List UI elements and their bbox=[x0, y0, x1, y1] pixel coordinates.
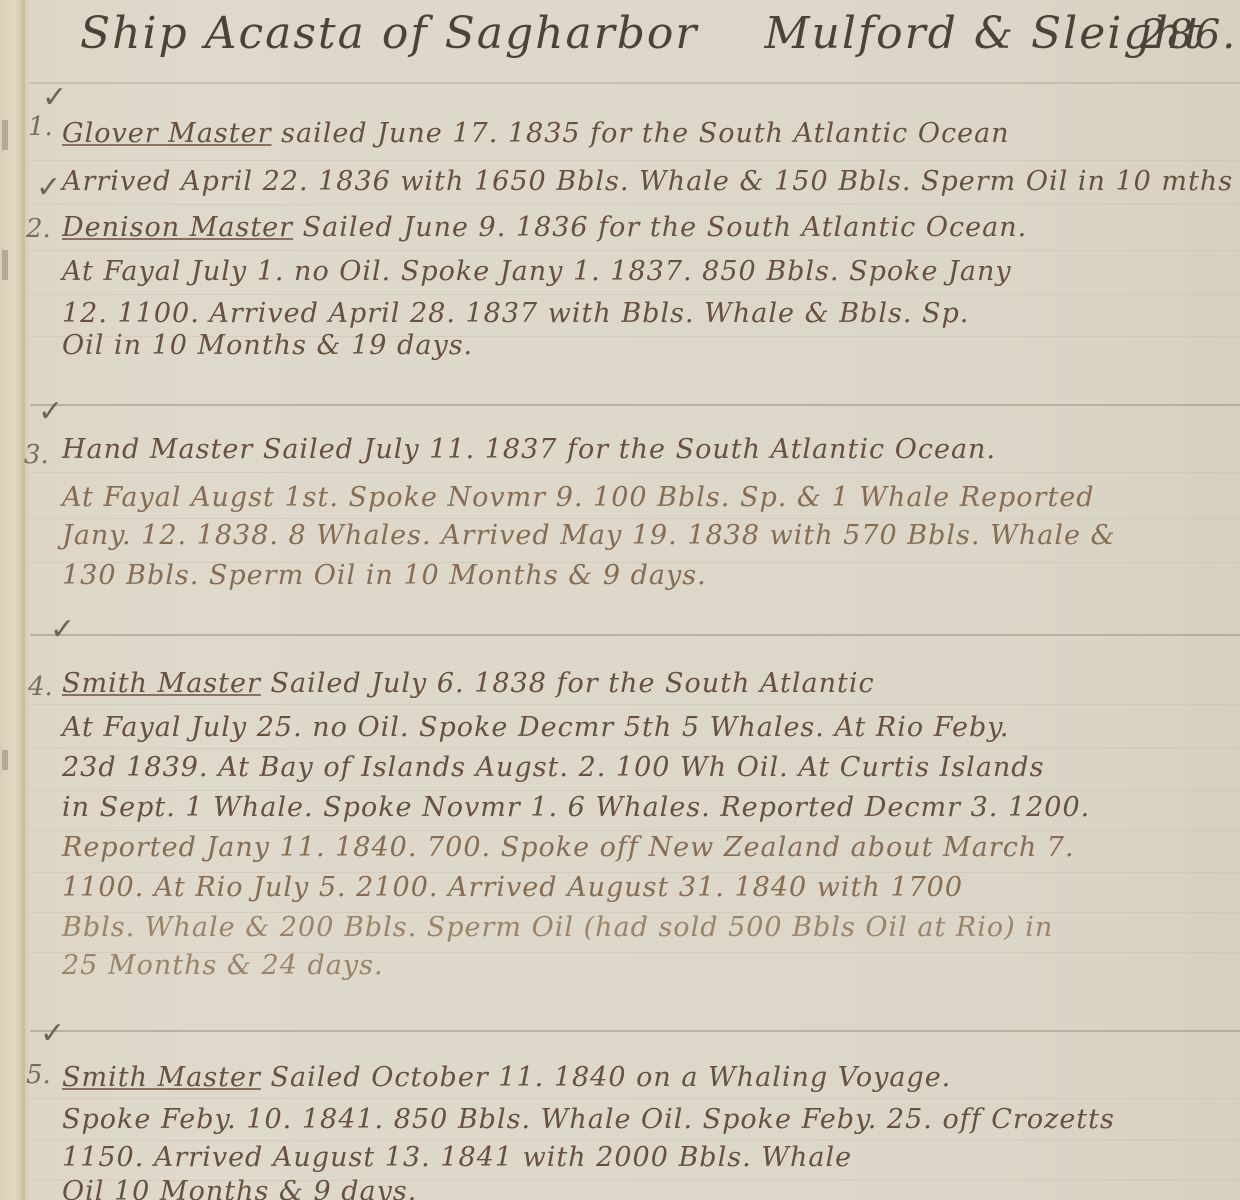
check-mark: ✓ bbox=[38, 394, 63, 429]
check-mark: ✓ bbox=[36, 170, 61, 205]
ruled-line bbox=[30, 748, 1240, 749]
master-name: Denison Master bbox=[62, 212, 293, 243]
ruled-line bbox=[30, 704, 1240, 705]
entry-4-line-4: in Sept. 1 Whale. Spoke Novmr 1. 6 Whale… bbox=[62, 792, 1090, 823]
entry-number: 1. bbox=[28, 112, 53, 142]
entry-3-line-3: Jany. 12. 1838. 8 Whales. Arrived May 19… bbox=[62, 520, 1116, 551]
binding-mark bbox=[2, 120, 8, 150]
ship-name: Ship Acasta of Sagharbor bbox=[80, 8, 698, 59]
entry-1-line-1: Glover Master sailed June 17. 1835 for t… bbox=[62, 118, 1010, 149]
entry-number: 4. bbox=[28, 672, 53, 702]
entry-5-line-4: Oil 10 Months & 9 days. bbox=[62, 1176, 417, 1200]
entry-5-line-3: 1150. Arrived August 13. 1841 with 2000 … bbox=[62, 1142, 852, 1173]
entry-2-line-3: 12. 1100. Arrived April 28. 1837 with Bb… bbox=[62, 298, 969, 329]
master-name: Smith Master bbox=[62, 668, 261, 699]
entry-2-line-4: Oil in 10 Months & 19 days. bbox=[62, 330, 473, 361]
binding-mark bbox=[2, 750, 8, 770]
ruled-line bbox=[30, 160, 1240, 161]
entry-4-line-2: At Fayal July 25. no Oil. Spoke Decmr 5t… bbox=[62, 712, 1010, 743]
entry-4-line-3: 23d 1839. At Bay of Islands Augst. 2. 10… bbox=[62, 752, 1044, 783]
entry-4-line-5: Reported Jany 11. 1840. 700. Spoke off N… bbox=[62, 832, 1075, 863]
ruled-line bbox=[30, 250, 1240, 251]
check-mark: ✓ bbox=[40, 1016, 65, 1051]
entry-4-line-1: Smith Master Sailed July 6. 1838 for the… bbox=[62, 668, 875, 699]
entry-4-line-6: 1100. At Rio July 5. 2100. Arrived Augus… bbox=[62, 872, 963, 903]
entry-3-line-2: At Fayal Augst 1st. Spoke Novmr 9. 100 B… bbox=[62, 482, 1095, 513]
master-name: Hand Master bbox=[62, 434, 253, 465]
ruled-line bbox=[30, 1098, 1240, 1099]
owners: Mulford & Sleight bbox=[764, 8, 1203, 59]
section-rule bbox=[30, 1030, 1240, 1032]
master-name: Glover Master bbox=[62, 118, 272, 149]
binding-mark bbox=[2, 250, 8, 280]
entry-5-line-2: Spoke Feby. 10. 1841. 850 Bbls. Whale Oi… bbox=[62, 1104, 1115, 1135]
ruled-line bbox=[30, 1140, 1240, 1141]
entry-4-line-8: 25 Months & 24 days. bbox=[62, 950, 384, 981]
section-rule bbox=[30, 404, 1240, 406]
section-rule bbox=[30, 634, 1240, 636]
ruled-line bbox=[30, 790, 1240, 791]
entry-4-line-7: Bbls. Whale & 200 Bbls. Sperm Oil (had s… bbox=[62, 912, 1053, 943]
entry-3-line-1: Hand Master Sailed July 11. 1837 for the… bbox=[62, 434, 996, 465]
entry-2-line-1: Denison Master Sailed June 9. 1836 for t… bbox=[62, 212, 1027, 243]
ruled-line bbox=[30, 518, 1240, 519]
ruled-line bbox=[30, 294, 1240, 295]
entry-5-line-1: Smith Master Sailed October 11. 1840 on … bbox=[62, 1062, 951, 1093]
entry-number: 2. bbox=[26, 214, 51, 244]
check-mark: ✓ bbox=[50, 612, 75, 647]
ruled-line bbox=[30, 204, 1240, 205]
entry-1-line-2: Arrived April 22. 1836 with 1650 Bbls. W… bbox=[62, 166, 1240, 197]
entry-number: 5. bbox=[26, 1060, 51, 1090]
page-number: 286. bbox=[1140, 12, 1237, 58]
master-name: Smith Master bbox=[62, 1062, 261, 1093]
ledger-page: Ship Acasta of Sagharbor Mulford & Sleig… bbox=[0, 0, 1240, 1200]
ledger-title: Ship Acasta of Sagharbor Mulford & Sleig… bbox=[80, 8, 1204, 59]
entry-number: 3. bbox=[24, 440, 49, 470]
ruled-line bbox=[30, 472, 1240, 473]
ruled-line bbox=[30, 830, 1240, 831]
entry-3-line-4: 130 Bbls. Sperm Oil in 10 Months & 9 day… bbox=[62, 560, 707, 591]
check-mark: ✓ bbox=[42, 80, 67, 115]
header-rule bbox=[30, 82, 1240, 84]
entry-2-line-2: At Fayal July 1. no Oil. Spoke Jany 1. 1… bbox=[62, 256, 1012, 287]
margin-line bbox=[22, 0, 25, 1200]
